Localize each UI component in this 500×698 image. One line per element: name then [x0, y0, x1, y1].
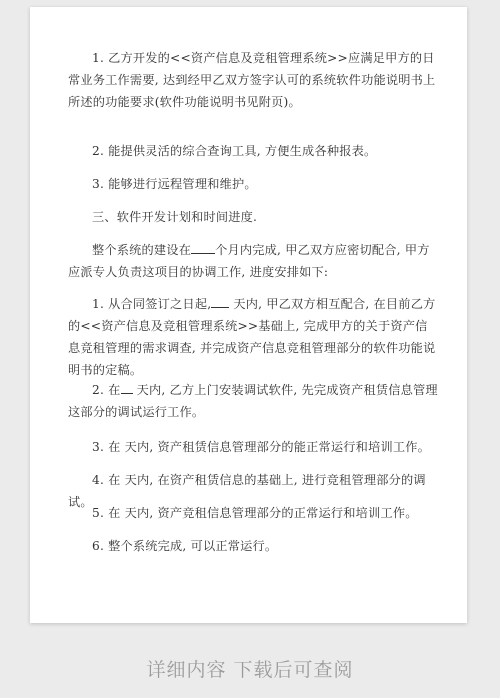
step-1: 1. 从合同签订之日起, 天内, 甲乙双方相互配合, 在目前乙方的<<资产信息及…	[68, 293, 438, 381]
document-page: 1. 乙方开发的<<资产信息及竞租管理系统>>应满足甲方的日常业务工作需要, 达…	[30, 7, 467, 623]
months-blank	[191, 241, 215, 254]
section-3-heading: 三、软件开发计划和时间进度.	[68, 206, 438, 228]
step-5: 5. 在 天内, 资产竞租信息管理部分的正常运行和培训工作。	[68, 502, 438, 524]
download-prompt[interactable]: 详细内容 下载后可查阅	[0, 655, 500, 682]
step-1-days-blank	[211, 295, 229, 308]
step-2-days-blank	[121, 381, 133, 394]
requirement-3: 3. 能够进行远程管理和维护。	[68, 173, 438, 195]
step-1-before: 1. 从合同签订之日起,	[92, 297, 211, 311]
section-3-heading-text: 三、软件开发计划和时间进度.	[92, 210, 257, 224]
schedule-intro-before: 整个系统的建设在	[92, 243, 191, 257]
requirement-1: 1. 乙方开发的<<资产信息及竞租管理系统>>应满足甲方的日常业务工作需要, 达…	[68, 47, 438, 113]
step-2-before: 2. 在	[92, 383, 121, 397]
schedule-intro-rest: 责这项目的协调工作, 进度安排如下:	[130, 265, 328, 279]
requirement-2: 2. 能提供灵活的综合查询工具, 方便生成各种报表。	[68, 140, 438, 162]
step-6-text: 6. 整个系统完成, 可以正常运行。	[92, 539, 277, 553]
step-3-text: 3. 在 天内, 资产租赁信息管理部分的能正常运行和培训工作。	[92, 440, 430, 454]
step-6: 6. 整个系统完成, 可以正常运行。	[68, 535, 438, 557]
step-5-text: 5. 在 天内, 资产竞租信息管理部分的正常运行和培训工作。	[92, 506, 418, 520]
step-2-rest: 试运行工作。	[130, 405, 204, 419]
schedule-intro: 整个系统的建设在个月内完成, 甲乙双方应密切配合, 甲方应派专人负责这项目的协调…	[68, 239, 438, 283]
step-2: 2. 在 天内, 乙方上门安装调试软件, 先完成资产租赁信息管理这部分的调试运行…	[68, 379, 438, 423]
requirement-3-text: 3. 能够进行远程管理和维护。	[92, 177, 257, 191]
requirement-2-text: 2. 能提供灵活的综合查询工具, 方便生成各种报表。	[92, 144, 376, 158]
step-3: 3. 在 天内, 资产租赁信息管理部分的能正常运行和培训工作。	[68, 436, 438, 458]
